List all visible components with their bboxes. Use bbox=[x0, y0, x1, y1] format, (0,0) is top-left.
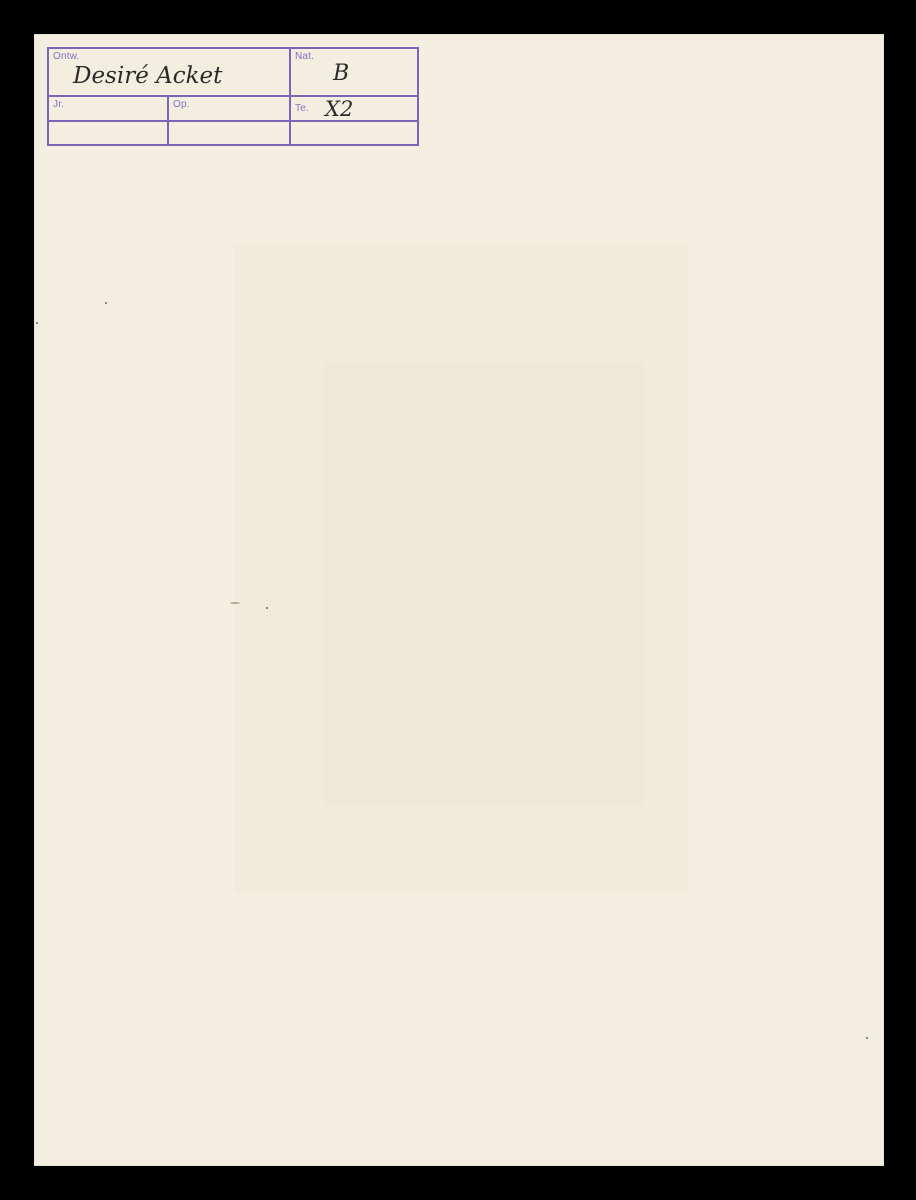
paper-sheet: Ontw. Desiré Acket Nat. B Jr. Op. Te. X2 bbox=[34, 34, 884, 1166]
jr-value-cell bbox=[49, 122, 169, 144]
nationality-value: B bbox=[333, 61, 349, 86]
jr-label: Jr. bbox=[53, 99, 64, 110]
nat-cell: Nat. B bbox=[291, 49, 417, 97]
nat-label: Nat. bbox=[295, 51, 314, 62]
op-label: Op. bbox=[173, 99, 190, 110]
paper-speck bbox=[105, 302, 107, 304]
ontw-cell: Ontw. Desiré Acket bbox=[49, 49, 291, 97]
paper-speck bbox=[230, 602, 240, 604]
designer-name: Desiré Acket bbox=[73, 63, 222, 89]
show-through-image bbox=[324, 364, 644, 804]
te-cell: Te. X2 bbox=[291, 97, 417, 122]
te-label: Te. bbox=[295, 103, 309, 114]
paper-speck bbox=[36, 322, 38, 324]
paper-speck bbox=[266, 607, 268, 609]
op-cell: Op. bbox=[169, 97, 291, 122]
te-extra-cell bbox=[291, 122, 417, 144]
paper-speck bbox=[866, 1037, 868, 1039]
op-value-cell bbox=[169, 122, 291, 144]
jr-cell: Jr. bbox=[49, 97, 169, 122]
te-value: X2 bbox=[325, 97, 353, 121]
ontw-label: Ontw. bbox=[53, 51, 80, 62]
archive-stamp: Ontw. Desiré Acket Nat. B Jr. Op. Te. X2 bbox=[47, 47, 419, 146]
